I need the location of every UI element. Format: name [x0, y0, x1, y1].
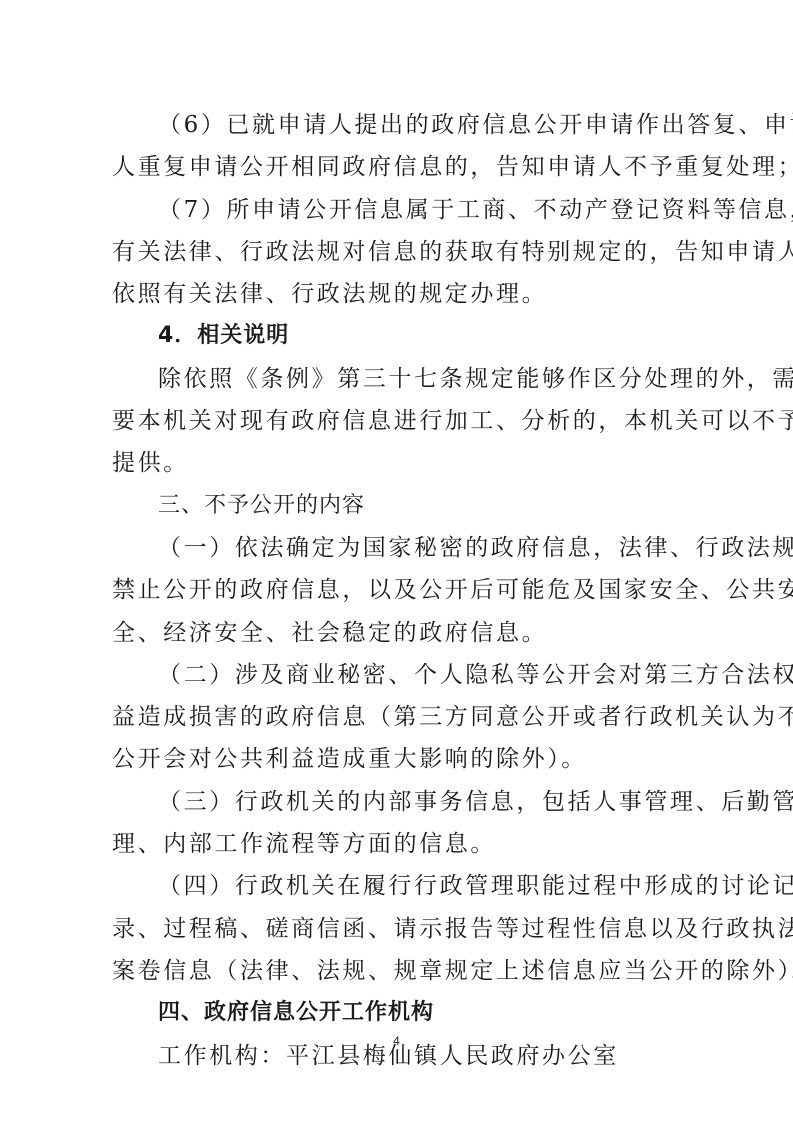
paragraph-item-1-line-1: （一）依法确定为国家秘密的政府信息，法律、行政法规 — [112, 527, 700, 569]
paragraph-item-2-line-1: （二）涉及商业秘密、个人隐私等公开会对第三方合法权 — [112, 654, 700, 696]
paragraph-item-3-line-2: 理、内部工作流程等方面的信息。 — [112, 823, 700, 865]
paragraph-item-3-line-1: （三）行政机关的内部事务信息，包括人事管理、后勤管 — [112, 781, 700, 823]
paragraph-item-7-line-2: 有关法律、行政法规对信息的获取有特别规定的，告知申请人 — [112, 231, 700, 273]
paragraph-item-4-line-1: （四）行政机关在履行行政管理职能过程中形成的讨论记 — [112, 865, 700, 907]
section-heading-related-notes: 4．相关说明 — [112, 315, 700, 357]
document-page: （6）已就申请人提出的政府信息公开申请作出答复、申请 人重复申请公开相同政府信息… — [112, 104, 700, 1077]
section-heading-work-agency: 四、政府信息公开工作机构 — [112, 992, 700, 1034]
paragraph-item-6-line-2: 人重复申请公开相同政府信息的，告知申请人不予重复处理； — [112, 146, 700, 188]
paragraph-item-1-line-2: 禁止公开的政府信息，以及公开后可能危及国家安全、公共安 — [112, 569, 700, 611]
paragraph-item-7-line-3: 依照有关法律、行政法规的规定办理。 — [112, 273, 700, 315]
paragraph-item-6-line-1: （6）已就申请人提出的政府信息公开申请作出答复、申请 — [112, 104, 700, 146]
paragraph-item-2-line-2: 益造成损害的政府信息（第三方同意公开或者行政机关认为不 — [112, 696, 700, 738]
paragraph-item-2-line-3: 公开会对公共利益造成重大影响的除外）。 — [112, 738, 700, 780]
paragraph-item-4-line-2: 录、过程稿、磋商信函、请示报告等过程性信息以及行政执法 — [112, 908, 700, 950]
paragraph-notes-line-2: 要本机关对现有政府信息进行加工、分析的，本机关可以不予 — [112, 400, 700, 442]
section-heading-non-disclosure: 三、不予公开的内容 — [112, 485, 700, 527]
paragraph-notes-line-3: 提供。 — [112, 442, 700, 484]
paragraph-item-4-line-3: 案卷信息（法律、法规、规章规定上述信息应当公开的除外）。 — [112, 950, 700, 992]
paragraph-item-7-line-1: （7）所申请公开信息属于工商、不动产登记资料等信息， — [112, 189, 700, 231]
page-number: 4 — [0, 1034, 793, 1048]
paragraph-item-1-line-3: 全、经济安全、社会稳定的政府信息。 — [112, 612, 700, 654]
paragraph-notes-line-1: 除依照《条例》第三十七条规定能够作区分处理的外，需 — [112, 358, 700, 400]
